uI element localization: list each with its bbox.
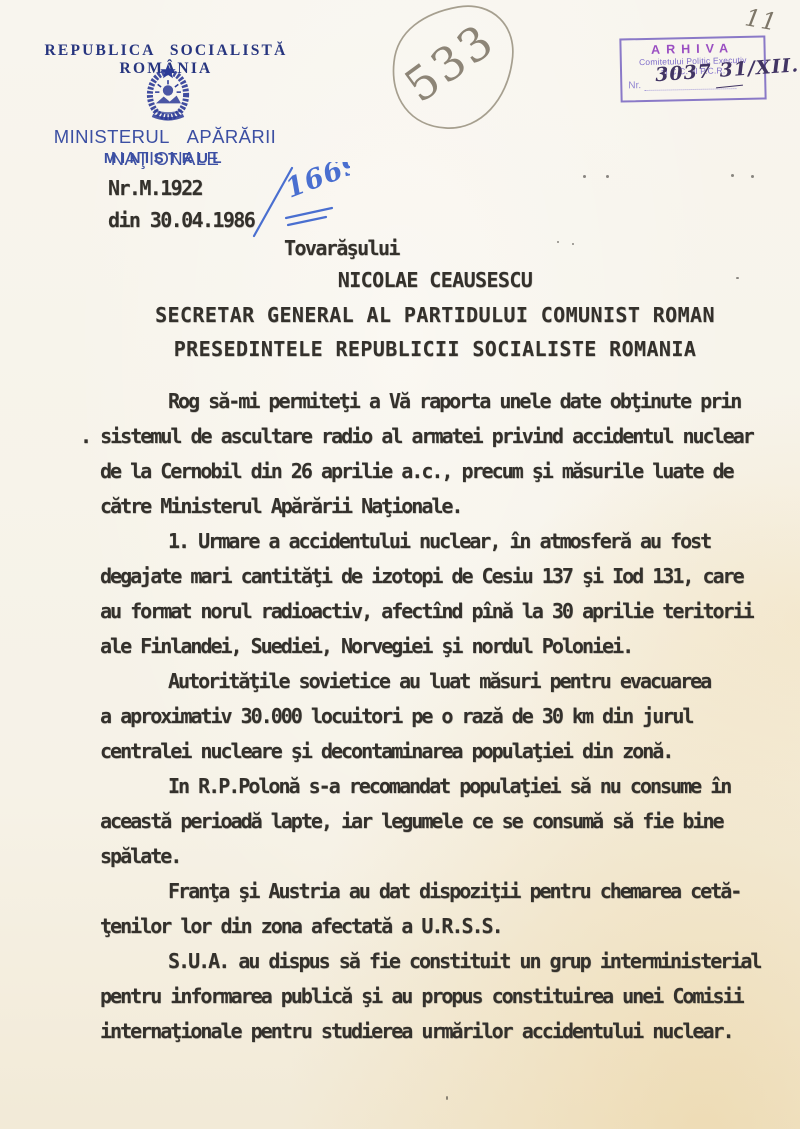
- scan-speck: [731, 174, 734, 177]
- stamp-nr-label: Nr.: [628, 80, 641, 91]
- body-line: 1. Urmare a accidentului nuclear, în atm…: [100, 524, 790, 559]
- scan-speck: [572, 243, 574, 245]
- body-line: pentru informarea publică şi au propus c…: [100, 979, 790, 1014]
- body-line: ţenilor lor din zona afectată a U.R.S.S.: [100, 909, 790, 944]
- reference-number: Nr.M.1922: [108, 176, 202, 200]
- scan-speck: [557, 241, 559, 243]
- body-line: In R.P.Polonă s-a recomandat populaţiei …: [100, 769, 790, 804]
- body-line: Rog să-mi permiteţi a Vă raporta unele d…: [100, 384, 790, 419]
- body-line: S.U.A. au dispus să fie constituit un gr…: [100, 944, 790, 979]
- body-line: au format norul radioactiv, afectînd pîn…: [100, 594, 790, 629]
- addressee-name: NICOLAE CEAUSESCU: [90, 268, 780, 292]
- body-line: de la Cernobil din 26 aprilie a.c., prec…: [100, 454, 790, 489]
- scan-speck: [583, 175, 586, 178]
- body-line: degajate mari cantităţi de izotopi de Ce…: [100, 559, 790, 594]
- body-line: Franţa şi Austria au dat dispoziţii pent…: [100, 874, 790, 909]
- body-line: . sistemul de ascultare radio al armatei…: [80, 419, 790, 454]
- scan-speck: [606, 175, 609, 178]
- body-line: ale Finlandei, Suediei, Norvegiei şi nor…: [100, 629, 790, 664]
- scanned-letter-page: REPUBLICA SOCIALISTĂ ROMÂNIA MINISTERUL …: [0, 0, 800, 1129]
- reference-date: din 30.04.1986: [108, 208, 254, 232]
- addressee-salutation: Tovarăşului: [284, 236, 399, 260]
- body-line: centralei nucleare şi decontaminarea pop…: [100, 734, 790, 769]
- scan-speck: [751, 175, 754, 178]
- body-line: către Ministerul Apărării Naţionale.: [100, 489, 790, 524]
- addressee-title-1: SECRETAR GENERAL AL PARTIDULUI COMUNIST …: [90, 303, 780, 327]
- addressee-title-2: PRESEDINTELE REPUBLICII SOCIALISTE ROMAN…: [90, 337, 780, 361]
- body-line: a aproximativ 30.000 locuitori pe o rază…: [100, 699, 790, 734]
- page-number-pencil: 11: [743, 3, 780, 36]
- body-line: Autorităţile sovietice au luat măsuri pe…: [100, 664, 790, 699]
- stamp-dotted-line: [644, 88, 736, 91]
- romania-coat-of-arms-icon: [142, 62, 194, 124]
- letter-body: Rog să-mi permiteţi a Vă raporta unele d…: [100, 384, 790, 1049]
- scan-speck: [736, 277, 739, 279]
- body-line: această perioadă lapte, iar legumele ce …: [100, 804, 790, 839]
- circled-number-pencil: 533: [386, 0, 531, 144]
- body-line: internaţionale pentru studierea urmărilo…: [100, 1014, 790, 1049]
- scan-speck: [446, 1096, 448, 1100]
- body-line: spălate.: [100, 839, 790, 874]
